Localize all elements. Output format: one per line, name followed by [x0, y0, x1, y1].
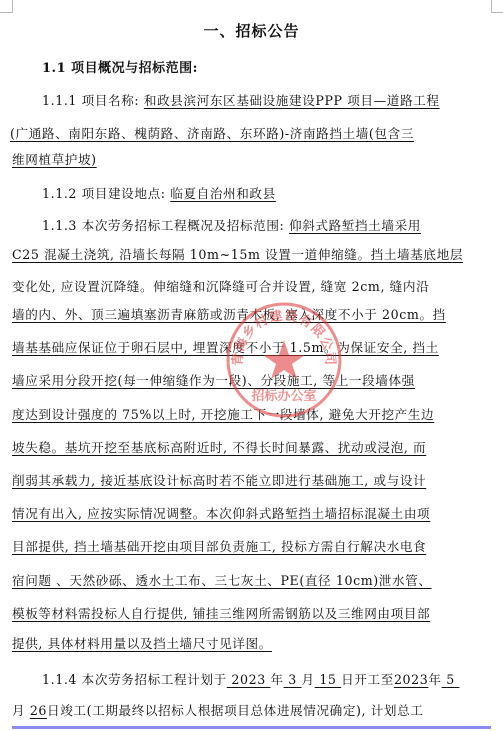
- paragraph-1-1-3-line: 提供, 具体材料用量以及挡土墙尺寸见详图。: [12, 634, 491, 654]
- end-day: 26: [30, 703, 47, 718]
- paragraph-1-1-3-line: 情况有出入, 应按实际情况调整。本次仰斜式路堑挡土墙招标混凝土由项: [12, 504, 491, 524]
- start-year: 2023: [227, 672, 271, 687]
- item-label: 1.1.2 项目建设地点:: [42, 186, 166, 201]
- scope-text: 度达到设计强度的 75%以上时, 开挖施工下一段墙体, 避免大开挖产生边: [12, 407, 434, 422]
- scope-text: 宿问题 、天然砂砾、透水土工布、三七灰土、PE(直径 10cm)泄水管、: [12, 573, 432, 588]
- page-title: 一、招标公告: [12, 20, 491, 41]
- paragraph-1-1-1-line-2: (广通路、南阳东路、槐荫路、济南路、东环路)-济南路挡土墙(包含三: [10, 124, 489, 144]
- paragraph-1-1-3-line: 变化处, 应设置沉降缝。伸缩缝和沉降缝可合并设置, 缝宽 2cm, 缝内沿: [12, 277, 491, 297]
- unit-month: 月: [302, 672, 315, 687]
- unit-month: 月: [12, 703, 25, 718]
- section-heading: 1.1 项目概况与招标范围:: [42, 57, 198, 76]
- paragraph-1-1-1-line-1: 1.1.1 项目名称: 和政县滨河东区基础设施建设PPP 项目—道路工程: [12, 91, 503, 111]
- end-year: 2023: [394, 672, 428, 687]
- scope-text: 提供, 具体材料用量以及挡土墙尺寸见详图。: [12, 636, 272, 651]
- start-month: 3: [284, 672, 302, 687]
- scope-text: 削弱其承载力, 接近基底设计标高时若不能立即进行基础施工, 或与设计: [12, 473, 426, 488]
- scope-text: 变化处, 应设置沉降缝。伸缩缝和沉降缝可合并设置, 缝宽 2cm, 缝内沿: [12, 279, 429, 294]
- paragraph-1-1-1-line-3: 维网植草护坡): [12, 150, 491, 170]
- paragraph-1-1-3-line: C25 混凝土浇筑, 沿墙长每隔 10m~15m 设置一道伸缩缝。挡土墙基底地层: [12, 245, 491, 265]
- paragraph-1-1-2: 1.1.2 项目建设地点: 临夏自治州和政县: [12, 184, 503, 204]
- project-name: 和政县滨河东区基础设施建设PPP 项目—道路工程: [144, 93, 440, 108]
- paragraph-1-1-4-line-2: 月 26日竣工(工期最终以招标人根据项目总体进展情况确定), 计划总工: [12, 701, 491, 721]
- paragraph-1-1-3-line: 坡失稳。基坑开挖至基底标高附近时, 不得长时间暴露、扰动或浸泡, 而: [12, 438, 491, 458]
- scope-text: C25 混凝土浇筑, 沿墙长每隔 10m~15m 设置一道伸缩缝。挡土墙基底地层: [12, 247, 463, 262]
- page-bottom-rule: [12, 726, 491, 729]
- scope-text: 墙基基础应保证位于卵石层中, 埋置深度不小于 1.5m。为保证安全, 挡土: [12, 340, 439, 355]
- item-label: 1.1.4 本次劳务招标工程计划于: [42, 672, 227, 687]
- paragraph-1-1-3-line: 削弱其承载力, 接近基底设计标高时若不能立即进行基础施工, 或与设计: [12, 471, 491, 491]
- scope-text: 坡失稳。基坑开挖至基底标高附近时, 不得长时间暴露、扰动或浸泡, 而: [12, 440, 426, 455]
- project-name-cont: (广通路、南阳东路、槐荫路、济南路、东环路)-济南路挡土墙(包含三: [10, 126, 414, 141]
- item-label: 1.1.3 本次劳务招标工程概况及招标范围:: [42, 218, 284, 233]
- project-name-cont: 维网植草护坡): [12, 152, 97, 167]
- paragraph-1-1-3-line: 宿问题 、天然砂砾、透水土工布、三七灰土、PE(直径 10cm)泄水管、: [12, 571, 491, 591]
- unit-year: 年: [270, 672, 283, 687]
- item-label: 1.1.1 项目名称:: [42, 93, 139, 108]
- paragraph-1-1-4-line-1: 1.1.4 本次劳务招标工程计划于 2023 年 3 月 15 日开工至2023…: [12, 670, 503, 690]
- paragraph-1-1-3-line-1: 1.1.3 本次劳务招标工程概况及招标范围: 仰斜式路堑挡土墙采用: [12, 216, 503, 236]
- crop-mark-top-left: [0, 0, 13, 13]
- start-text: 日开工至: [341, 672, 394, 687]
- paragraph-1-1-3-line: 墙基基础应保证位于卵石层中, 埋置深度不小于 1.5m。为保证安全, 挡土: [12, 338, 491, 358]
- end-month: 5: [442, 672, 460, 687]
- scope-text: 情况有出入, 应按实际情况调整。本次仰斜式路堑挡土墙招标混凝土由项: [12, 506, 430, 521]
- scope-text: 墙的内、外、顶三遍填塞沥青麻筋或沥青木板, 塞入深度不小于 20cm。挡: [12, 307, 446, 322]
- paragraph-1-1-3-line: 目部提供, 挡土墙基础开挖由项目部负责施工, 投标方需自行解决水电食: [12, 537, 491, 557]
- paragraph-1-1-3-line: 墙的内、外、顶三遍填塞沥青麻筋或沥青木板, 塞入深度不小于 20cm。挡: [12, 305, 491, 325]
- end-text: 日竣工(工期最终以招标人根据项目总体进展情况确定), 计划总工: [47, 703, 423, 718]
- crop-mark-top-right: [491, 0, 503, 13]
- paragraph-1-1-3-line: 墙应采用分段开挖(每一伸缩缝作为一段)、分段施工, 等上一段墙体强: [12, 371, 491, 391]
- paragraph-1-1-3-line: 模板等材料需投标人自行提供, 铺挂三维网所需钢筋以及三维网由项目部: [12, 604, 491, 624]
- paragraph-1-1-3-line: 度达到设计强度的 75%以上时, 开挖施工下一段墙体, 避免大开挖产生边: [12, 405, 491, 425]
- scope-text: 模板等材料需投标人自行提供, 铺挂三维网所需钢筋以及三维网由项目部: [12, 606, 430, 621]
- scope-text: 墙应采用分段开挖(每一伸缩缝作为一段)、分段施工, 等上一段墙体强: [12, 373, 415, 388]
- project-location: 临夏自治州和政县: [170, 186, 276, 201]
- unit-year: 年: [428, 672, 441, 687]
- scope-text: 仰斜式路堑挡土墙采用: [289, 218, 421, 233]
- start-day: 15: [315, 672, 341, 687]
- scope-text: 目部提供, 挡土墙基础开挖由项目部负责施工, 投标方需自行解决水电食: [12, 539, 426, 554]
